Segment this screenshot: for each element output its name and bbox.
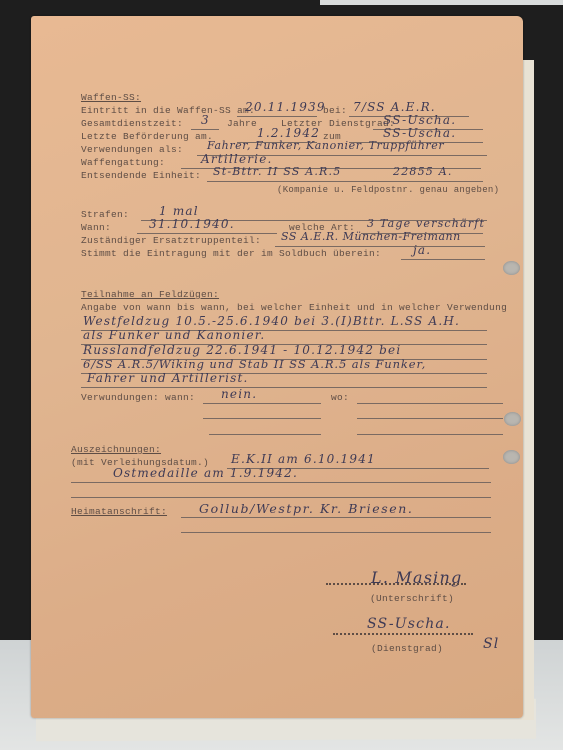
field-line bbox=[203, 418, 321, 419]
field-line bbox=[181, 517, 491, 518]
soldbuch-value: ja. bbox=[413, 243, 431, 257]
feldzug-line: Fahrer und Artillerist. bbox=[87, 371, 249, 385]
signature-initials: Sl bbox=[483, 636, 499, 652]
einheit-label: Entsendende Einheit: bbox=[81, 170, 201, 181]
feldzug-line: Russlandfeldzug 22.6.1941 - 10.12.1942 b… bbox=[83, 343, 401, 357]
befoerderung-label: Letzte Beförderung am. bbox=[81, 131, 213, 142]
field-line bbox=[71, 482, 491, 483]
einheit-hint: (Kompanie u. Feldpostnr. genau angeben) bbox=[277, 185, 499, 195]
bei-label: bei: bbox=[323, 105, 347, 116]
field-line bbox=[81, 387, 487, 388]
soldbuch-label: Stimmt die Eintragung mit der im Soldbuc… bbox=[81, 248, 381, 259]
verwendung-label: Verwendungen als: bbox=[81, 144, 183, 155]
field-line bbox=[137, 233, 277, 234]
feldzug-line: 6/SS A.R.5/Wiking und Stab II SS A.R.5 a… bbox=[83, 357, 426, 371]
verwundungen-label: Verwundungen: wann: bbox=[81, 392, 195, 403]
section-heading-auszeichnungen: Auszeichnungen: bbox=[71, 444, 161, 455]
dienstgrad-value: SS-Uscha. bbox=[383, 113, 456, 127]
auszeichnung-line: Ostmedaille am 1.9.1942. bbox=[113, 466, 298, 480]
wo-label: wo: bbox=[331, 392, 349, 403]
field-line bbox=[191, 129, 219, 130]
einheit-value: St-Bttr. II SS A.R.5 bbox=[213, 165, 341, 178]
punch-hole bbox=[504, 412, 521, 426]
field-line bbox=[357, 418, 503, 419]
waffengattung-value: Artillerie. bbox=[201, 152, 273, 166]
field-line bbox=[181, 532, 491, 533]
ersatz-label: Zuständiger Ersatztruppenteil: bbox=[81, 235, 261, 246]
befoerderung-value: 1.2.1942 bbox=[257, 126, 320, 140]
wann-value: 31.10.1940. bbox=[149, 217, 235, 231]
dienstzeit-value: 3 bbox=[201, 113, 210, 127]
rank-dotted-line bbox=[333, 633, 473, 635]
signature-dotted-line bbox=[326, 583, 466, 585]
feldzug-line: als Funker und Kanonier. bbox=[83, 328, 265, 342]
strafen-value: 1 mal bbox=[159, 204, 199, 218]
field-line bbox=[71, 497, 491, 498]
feldzug-line: Westfeldzug 10.5.-25.6.1940 bei 3.(I)Btt… bbox=[83, 314, 460, 328]
waffengattung-label: Waffengattung: bbox=[81, 157, 165, 168]
signature-rank: SS-Uscha. bbox=[367, 616, 451, 632]
feldpost-value: 22855 A. bbox=[393, 165, 453, 178]
background-light-strip bbox=[320, 0, 563, 5]
signature-rank-caption: (Dienstgrad) bbox=[371, 643, 443, 654]
punch-hole bbox=[503, 450, 520, 464]
signature-name-caption: (Unterschrift) bbox=[370, 593, 454, 604]
field-line bbox=[357, 434, 503, 435]
verwundungen-value: nein. bbox=[221, 387, 257, 401]
bei-value: 7/SS A.E.R. bbox=[353, 100, 436, 114]
section-heading-waffen: Waffen-SS: bbox=[81, 92, 141, 103]
field-line bbox=[209, 434, 321, 435]
ersatz-value: SS A.E.R. München-Freimann bbox=[281, 230, 461, 243]
field-line bbox=[207, 181, 483, 182]
eintritt-label: Eintritt in die Waffen-SS am: bbox=[81, 105, 255, 116]
wann-label: Wann: bbox=[81, 222, 111, 233]
field-line bbox=[203, 403, 321, 404]
feldzuege-instruction: Angabe von wann bis wann, bei welcher Ei… bbox=[81, 302, 507, 313]
auszeichnung-line: E.K.II am 6.10.1941 bbox=[231, 452, 376, 466]
document-page: Waffen-SS: Eintritt in die Waffen-SS am:… bbox=[31, 16, 523, 718]
field-line bbox=[401, 259, 485, 260]
art-value: 3 Tage verschärft bbox=[367, 217, 485, 230]
field-line bbox=[275, 246, 485, 247]
strafen-label: Strafen: bbox=[81, 209, 129, 220]
field-line bbox=[357, 403, 503, 404]
dienstzeit-label: Gesamtdienstzeit: bbox=[81, 118, 183, 129]
punch-hole bbox=[503, 261, 520, 275]
zum-value: SS-Uscha. bbox=[383, 126, 456, 140]
heimat-label: Heimatanschrift: bbox=[71, 506, 167, 517]
eintritt-value: 20.11.1939 bbox=[245, 100, 326, 114]
section-heading-feldzuege: Teilnahme an Feldzügen: bbox=[81, 289, 219, 300]
field-line bbox=[237, 116, 317, 117]
heimat-value: Gollub/Westpr. Kr. Briesen. bbox=[199, 501, 413, 516]
verwendung-value: Fahrer, Funker, Kanonier, Truppführer bbox=[207, 139, 444, 152]
jahre-label: Jahre bbox=[227, 118, 257, 129]
